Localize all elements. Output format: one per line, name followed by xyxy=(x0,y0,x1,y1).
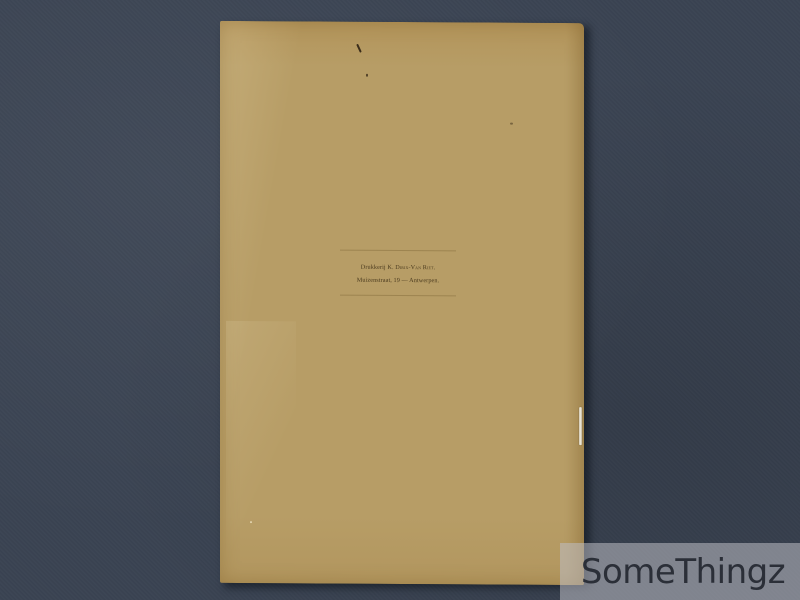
printer-imprint: Drukkerij K. Dirix-Van Riet. Muizenstraa… xyxy=(340,250,456,297)
paper-mark xyxy=(356,44,362,53)
booklet-back-cover: Drukkerij K. Dirix-Van Riet. Muizenstraa… xyxy=(220,21,584,585)
photo-scene: Drukkerij K. Dirix-Van Riet. Muizenstraa… xyxy=(0,0,800,600)
imprint-line-1: Drukkerij K. Dirix-Van Riet. xyxy=(342,261,454,275)
imprint-printer-label: Drukkerij K. xyxy=(361,264,395,271)
paper-mark xyxy=(366,74,368,77)
paper-mark xyxy=(510,123,513,125)
paper-crease xyxy=(226,321,296,581)
paper-mark xyxy=(250,521,252,523)
watermark: SomeThingz xyxy=(560,543,800,600)
imprint-line-2: Muizenstraat, 19 — Antwerpen. xyxy=(342,274,454,288)
watermark-text: SomeThingz xyxy=(575,552,785,592)
imprint-printer-name: Dirix-Van Riet. xyxy=(395,264,435,271)
staple xyxy=(579,407,582,445)
